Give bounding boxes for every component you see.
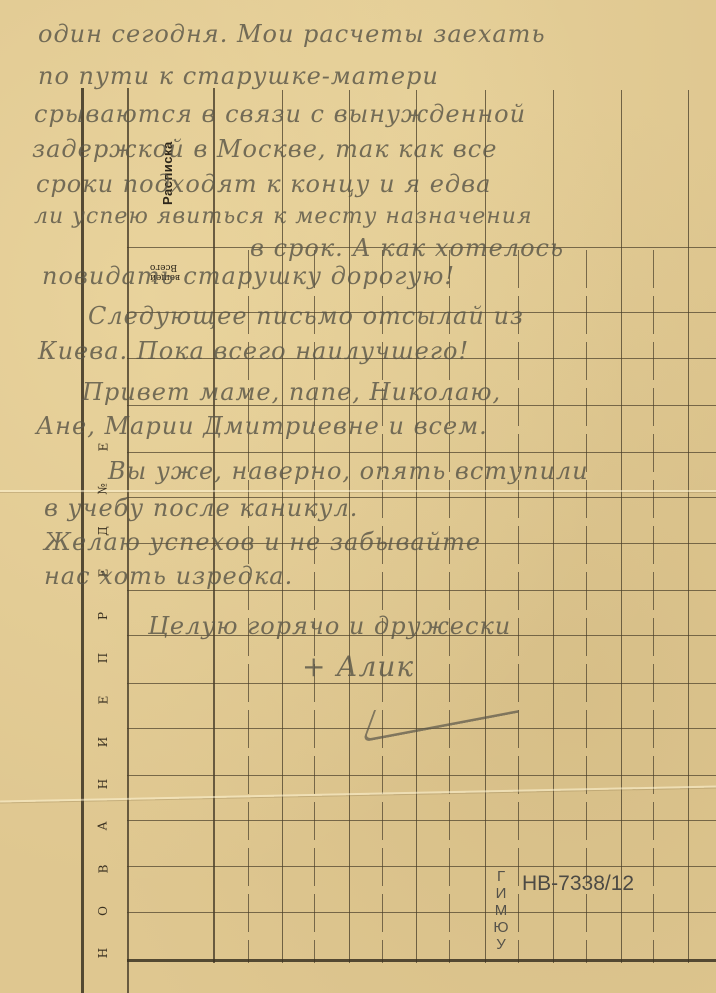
title-letter: П	[96, 653, 110, 663]
grid-row-line	[127, 452, 716, 453]
grid-row-line	[127, 590, 716, 591]
stamp-letter: М	[492, 902, 510, 919]
letter-line: Целую горячо и дружески	[148, 612, 511, 640]
signature: + Алик	[302, 650, 414, 683]
title-letter: Е	[96, 696, 110, 705]
stamp-letter: Ю	[492, 919, 510, 936]
grid-line	[586, 250, 587, 963]
grid-row-line	[127, 912, 716, 913]
letter-line: Желаю успехов и не забывайте	[44, 528, 481, 556]
letter-line: по пути к старушке-матери	[38, 62, 439, 90]
grid-row-line	[127, 866, 716, 867]
letter-line: нас хоть изредка.	[44, 562, 293, 590]
letter-line: сроки подходят к концу и я едва	[36, 170, 491, 198]
letter-line: Привет маме, папе, Николаю,	[82, 378, 501, 406]
letter-line: Ане, Марии Дмитриевне и всем.	[36, 412, 488, 440]
grid-row-line	[127, 820, 716, 821]
grid-line	[518, 250, 519, 963]
title-letter: Н	[96, 779, 110, 789]
letter-line: повидать старушку дорогую!	[42, 262, 455, 290]
grid-row-line	[127, 683, 716, 684]
letter-sheet: Расписка вещей Всего Н О В А Н И Е П Р Е…	[0, 0, 716, 993]
grid-line	[653, 250, 654, 963]
letter-line: Следующее письмо отсылай из	[88, 302, 524, 330]
title-letter: Е	[96, 443, 110, 452]
letter-line: в срок. А как хотелось	[250, 234, 564, 262]
grid-line	[621, 90, 622, 963]
title-letter: О	[96, 906, 110, 916]
stamp-letter: У	[492, 936, 510, 953]
letter-line: задержкой в Москве, так как все	[32, 135, 497, 163]
title-letter: Р	[96, 612, 110, 620]
letter-line: срываются в связи с вынужденной	[34, 100, 526, 128]
grid-line	[553, 90, 554, 963]
stamp-letter: Г	[492, 868, 510, 885]
letter-line: в учебу после каникул.	[44, 494, 358, 522]
title-letter: А	[96, 822, 110, 831]
letter-line: Вы уже, наверно, опять вступили	[108, 457, 589, 485]
title-letter: И	[96, 737, 110, 747]
letter-line: один сегодня. Мои расчеты заехать	[38, 20, 546, 48]
signature-flourish	[362, 681, 530, 743]
grid-row-line	[127, 775, 716, 776]
letter-line: ли успею явиться к месту назначения	[34, 204, 533, 229]
title-letter: В	[96, 864, 110, 873]
grid-bottom-rule	[127, 959, 716, 962]
letter-line: Киева. Пока всего наилучшего!	[38, 337, 469, 365]
stamp-letter: И	[492, 885, 510, 902]
grid-line	[688, 90, 689, 963]
archive-stamp-vertical: Г И М Ю У	[492, 868, 510, 953]
catalog-number: НВ-7338/12	[522, 872, 634, 896]
title-letter: Н	[96, 948, 110, 958]
